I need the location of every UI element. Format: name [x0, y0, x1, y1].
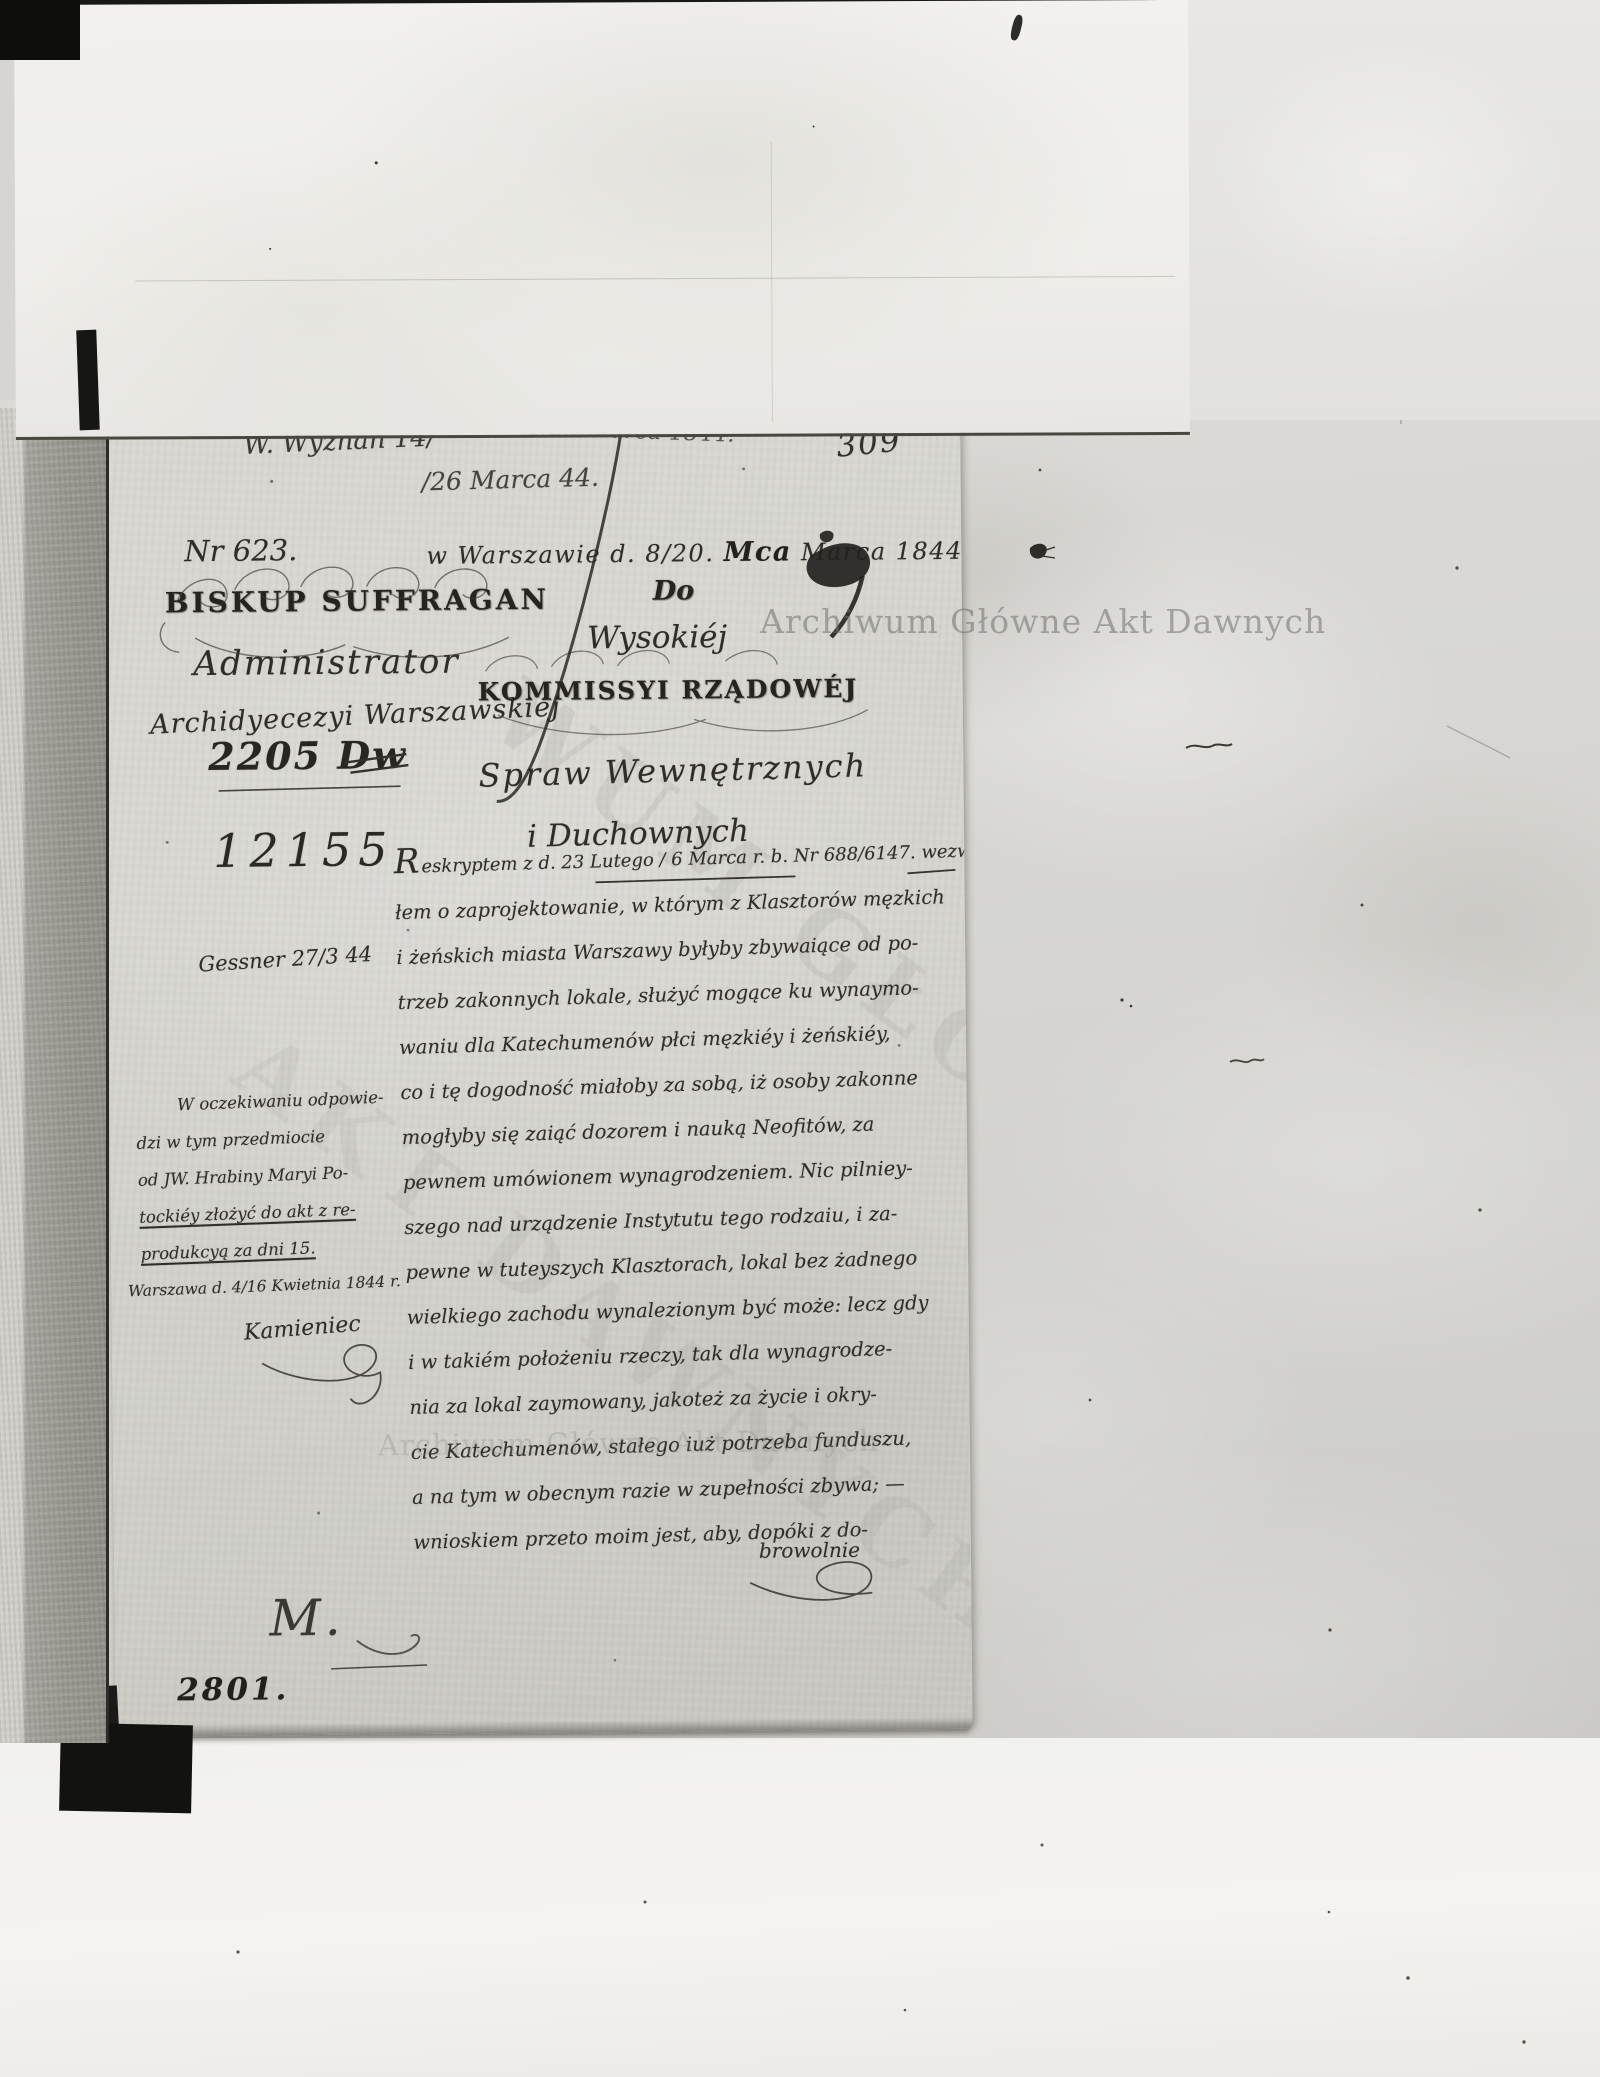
- overlapping-blank-sheet: [14, 0, 1190, 440]
- ink-speck: [813, 126, 815, 128]
- archive-watermark: Archiwum Główne Akt Dawnych: [760, 602, 1326, 641]
- sheet-crease: [135, 276, 1175, 282]
- ink-mark: [1009, 14, 1024, 41]
- background-top-right: [1188, 0, 1600, 420]
- archival-scan: WUM GŁÓWNE AKT DAWNYCH W. Wyznań 14/ /26…: [0, 0, 1600, 2077]
- scan-gap-black: [76, 330, 99, 431]
- sheet-crease: [771, 142, 773, 422]
- ink-speck: [375, 161, 378, 164]
- scan-corner-black: [0, 0, 80, 60]
- ink-speck: [269, 248, 271, 250]
